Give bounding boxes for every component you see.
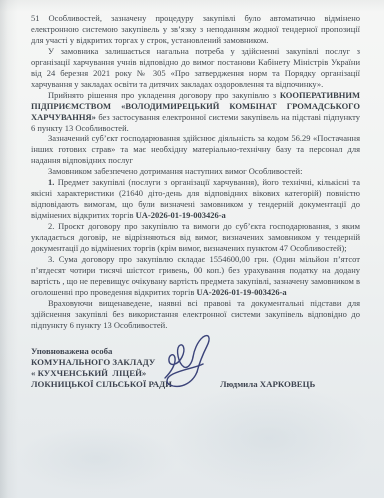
signatory-name: Людмила ХАРКОВЕЦЬ <box>220 379 315 390</box>
body-text: 51 Особливостей, зазначену процедуру зак… <box>31 13 360 45</box>
emphasized-text: UA-2026-01-19-003426-а <box>197 287 287 297</box>
scanned-document-page: 51 Особливостей, зазначену процедуру зак… <box>0 0 384 498</box>
paragraph: 1. Предмет закупівлі (послуги з організа… <box>31 177 360 221</box>
paragraph: Замовником забезпечено дотримання наступ… <box>31 166 360 177</box>
paragraph: Прийнято рішення про укладення договору … <box>31 90 360 134</box>
body-text: Замовником забезпечено дотримання наступ… <box>48 166 302 176</box>
paragraph: 51 Особливостей, зазначену процедуру зак… <box>31 13 360 46</box>
body-text: 3. Сума договору про закупівлю складає 1… <box>31 254 360 297</box>
body-text: Прийнято рішення про укладення договору … <box>48 90 280 100</box>
body-text: Зазначений суб’єкт господарювання здійсн… <box>31 133 360 165</box>
paragraph: 2. Проєкт договору про закупівлю та вимо… <box>31 221 360 254</box>
document-body: 51 Особливостей, зазначену процедуру зак… <box>31 13 360 390</box>
paragraph: Зазначений суб’єкт господарювання здійсн… <box>31 133 360 166</box>
document-paragraphs: 51 Особливостей, зазначену процедуру зак… <box>31 13 360 331</box>
organization-line: ЛОКНИЦЬКОЇ СІЛЬСЬКОЇ РАДИ <box>31 379 172 390</box>
organization-line: КОМУНАЛЬНОГО ЗАКЛАДУ <box>31 357 360 368</box>
signature-line: ЛОКНИЦЬКОЇ СІЛЬСЬКОЇ РАДИ Людмила ХАРКОВ… <box>31 379 360 390</box>
paragraph: 3. Сума договору про закупівлю складає 1… <box>31 254 360 298</box>
paragraph: Враховуючи вищенаведене, наявні всі прав… <box>31 298 360 331</box>
emphasized-text: UA-2026-01-19-003426-а <box>136 210 226 220</box>
body-text: 2. Проєкт договору про закупівлю та вимо… <box>31 221 360 253</box>
paragraph: У замовника залишається нагальна потреба… <box>31 46 360 90</box>
signatory-role: Уповноважена особа <box>31 346 360 357</box>
organization-line: « КУХЧЕНСЬКИЙ ЛІЦЕЙ» <box>31 368 360 379</box>
body-text: У замовника залишається нагальна потреба… <box>31 46 360 89</box>
signature-block: Уповноважена особа КОМУНАЛЬНОГО ЗАКЛАДУ … <box>31 346 360 390</box>
body-text: Враховуючи вищенаведене, наявні всі прав… <box>31 298 360 330</box>
